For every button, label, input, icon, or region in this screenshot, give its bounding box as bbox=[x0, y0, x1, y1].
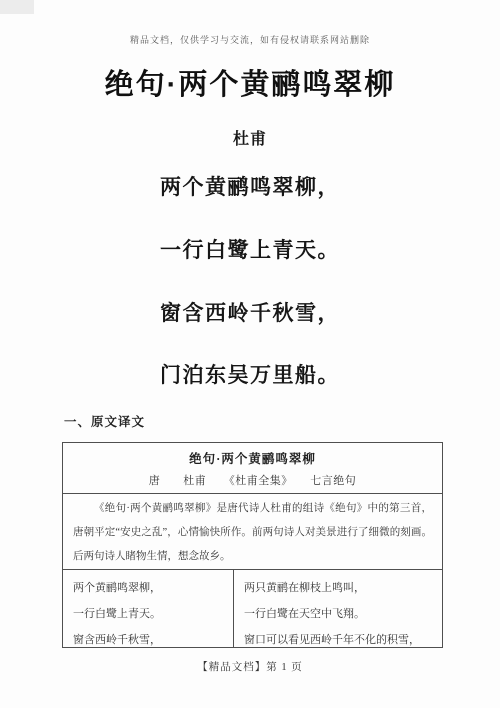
table-header-row: 绝句·两个黄鹂鸣翠柳 唐 杜甫 《杜甫全集》 七言绝句 bbox=[63, 443, 442, 494]
poem-author: 杜甫 bbox=[0, 126, 500, 149]
scan-artifact bbox=[0, 0, 34, 14]
original-line: 窗含西岭千秋雪， bbox=[73, 627, 227, 653]
original-line: 一行白鹭上青天。 bbox=[73, 601, 227, 627]
poem-line: 门泊东吴万里船。 bbox=[0, 359, 500, 389]
section-heading: 一、原文译文 bbox=[64, 412, 145, 430]
table-intro-paragraph: 《绝句·两个黄鹂鸣翠柳》是唐代诗人杜甫的组诗《绝句》中的第三首，唐朝平定“安史之… bbox=[63, 494, 442, 570]
poem-title: 绝句·两个黄鹂鸣翠柳 bbox=[0, 62, 500, 103]
translation-text-cell: 两只黄鹂在柳枝上鸣叫， 一行白鹭在天空中飞翔。 窗口可以看见西岭千年不化的积雪， bbox=[234, 570, 442, 647]
translation-line: 一行白鹭在天空中飞翔。 bbox=[244, 601, 436, 627]
translation-line: 两只黄鹂在柳枝上鸣叫， bbox=[244, 575, 436, 601]
poem-line: 两个黄鹂鸣翠柳， bbox=[0, 171, 500, 201]
page-footer: 【精品文档】第 1 页 bbox=[0, 659, 500, 674]
poem-line: 窗含西岭千秋雪， bbox=[0, 297, 500, 327]
table-source-line: 唐 杜甫 《杜甫全集》 七言绝句 bbox=[63, 472, 442, 488]
table-title: 绝句·两个黄鹂鸣翠柳 bbox=[63, 443, 442, 467]
original-line: 两个黄鹂鸣翠柳， bbox=[73, 575, 227, 601]
translation-line: 窗口可以看见西岭千年不化的积雪， bbox=[244, 627, 436, 653]
poem-line: 一行白鹭上青天。 bbox=[0, 234, 500, 264]
document-page: 精品文档，仅供学习与交流，如有侵权请联系网站删除 绝句·两个黄鹂鸣翠柳 杜甫 两… bbox=[0, 0, 500, 708]
poem-info-table: 绝句·两个黄鹂鸣翠柳 唐 杜甫 《杜甫全集》 七言绝句 《绝句·两个黄鹂鸣翠柳》… bbox=[62, 442, 443, 648]
watermark-text: 精品文档，仅供学习与交流，如有侵权请联系网站删除 bbox=[0, 33, 500, 46]
original-text-cell: 两个黄鹂鸣翠柳， 一行白鹭上青天。 窗含西岭千秋雪， bbox=[63, 570, 234, 647]
table-body-row: 两个黄鹂鸣翠柳， 一行白鹭上青天。 窗含西岭千秋雪， 两只黄鹂在柳枝上鸣叫， 一… bbox=[63, 570, 442, 647]
